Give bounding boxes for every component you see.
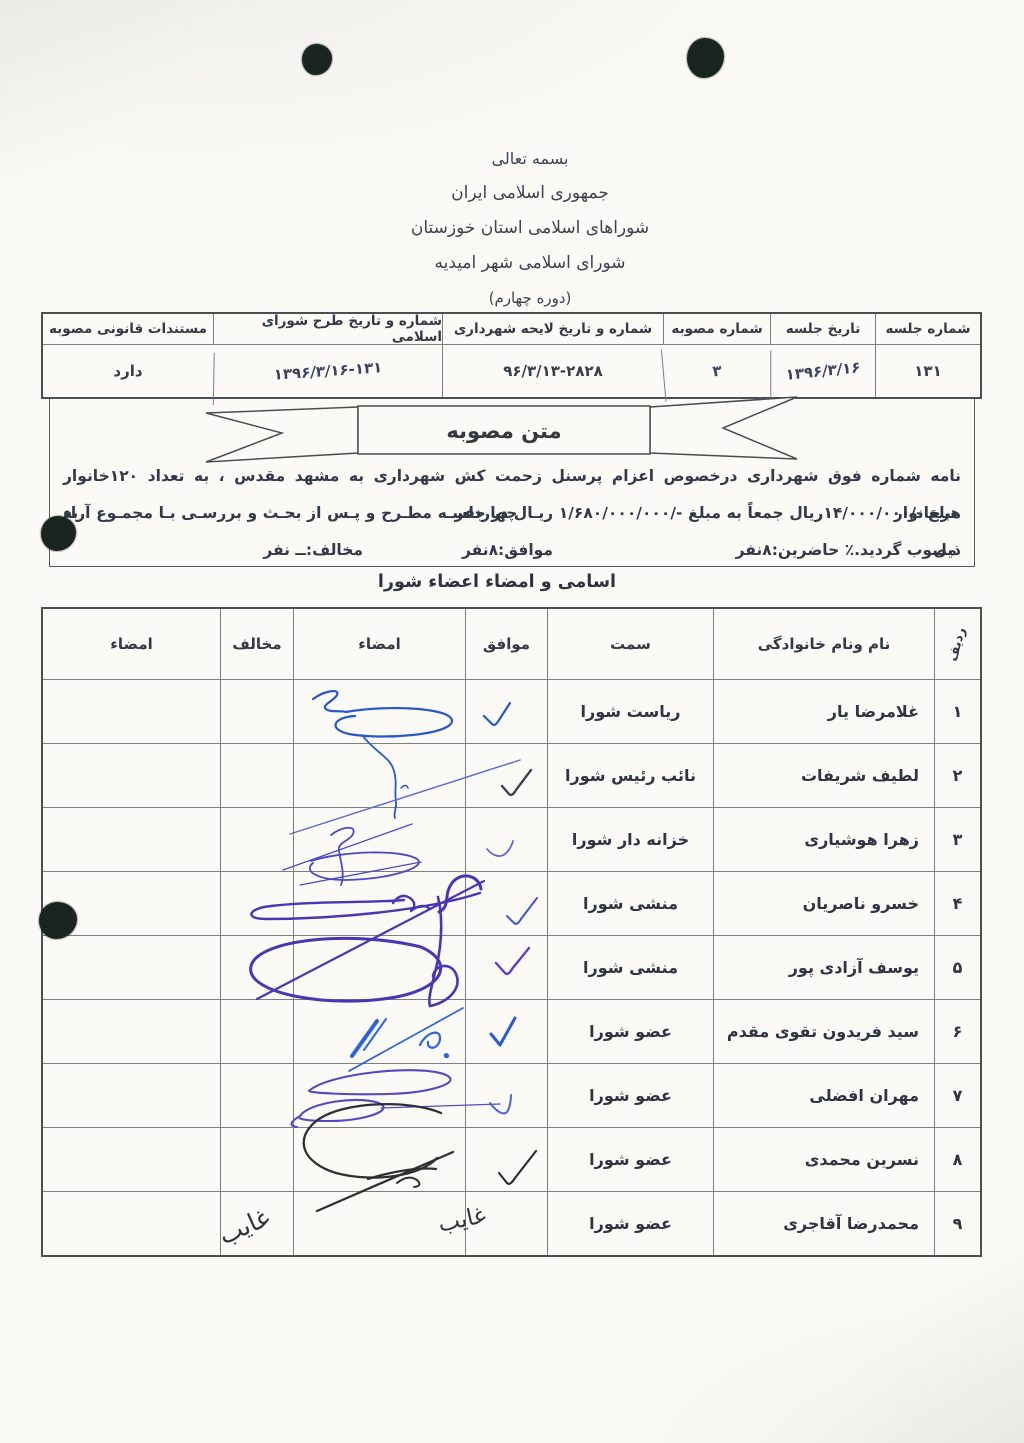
row-no: ۷ [934, 1063, 980, 1127]
agree-count: موافق:۸نفر [462, 532, 553, 569]
signature-cell [293, 935, 465, 999]
members-table-title: اسامی و امضاء اعضاء شورا [0, 572, 994, 592]
banner-title: متن مصوبه [446, 419, 561, 443]
signature-cell [293, 1127, 465, 1191]
col-header-against: مخالف [220, 609, 293, 679]
col-header-row-no: ردیف [934, 609, 980, 679]
agree-cell [465, 807, 547, 871]
member-name: لطیف شریفات [713, 743, 934, 807]
signature-cell [293, 679, 465, 743]
member-position: منشی شورا [547, 871, 713, 935]
col-header-resolution-no: شماره مصوبه [663, 314, 770, 345]
row-no: ۱ [934, 679, 980, 743]
member-position: ریاست شورا [547, 679, 713, 743]
signature2-cell [43, 679, 220, 743]
member-name: محمدرضا آقاجری [713, 1191, 934, 1255]
session-info-table: شماره جلسه تاریخ جلسه شماره مصوبه شماره … [41, 312, 982, 399]
signature-cell [293, 1063, 465, 1127]
member-name: سید فریدون تقوی مقدم [713, 999, 934, 1063]
agree-cell [465, 999, 547, 1063]
ink-blot-top-left [302, 44, 332, 75]
against-cell [220, 1127, 293, 1191]
signature2-cell [43, 1191, 220, 1255]
against-count: مخالف:ــ نفر [263, 532, 363, 569]
agree-cell [465, 1127, 547, 1191]
approved-present-count: مصوب گردید.٪ حاضرین:۸نفر [736, 532, 957, 569]
member-position: عضو شورا [547, 1063, 713, 1127]
signature2-cell [43, 1127, 220, 1191]
member-name: خسرو ناصریان [713, 871, 934, 935]
signature2-cell [43, 935, 220, 999]
col-header-agree: موافق [465, 609, 547, 679]
member-name: یوسف آزادی پور [713, 935, 934, 999]
row-no: ۴ [934, 871, 980, 935]
agree-cell [465, 935, 547, 999]
against-cell [220, 1063, 293, 1127]
member-position: نائب رئیس شورا [547, 743, 713, 807]
member-name: نسرین محمدی [713, 1127, 934, 1191]
against-cell [220, 679, 293, 743]
signature-cell [293, 871, 465, 935]
signature-cell [293, 999, 465, 1063]
letterhead-line-term: (دوره چهارم) [36, 281, 1024, 316]
member-position: عضو شورا [547, 1127, 713, 1191]
signature-cell [293, 743, 465, 807]
members-signature-table: ردیف نام ونام خانوادگی سمت موافق امضاء م… [41, 607, 982, 1257]
against-cell [220, 807, 293, 871]
col-header-session-no: شماره جلسه [875, 314, 980, 345]
bill-no-date-value: ۹۶/۳/۱۳-۲۸۲۸ [442, 345, 663, 397]
col-header-legal-docs: مستندات قانونی مصوبه [43, 314, 213, 345]
resolution-banner-ribbon: متن مصوبه [190, 392, 810, 466]
against-cell [220, 935, 293, 999]
scanned-document-page: بسمه تعالی جمهوری اسلامی ایران شوراهای ا… [0, 0, 1024, 1443]
col-header-signature: امضاء [293, 609, 465, 679]
row-no: ۹ [934, 1191, 980, 1255]
letterhead-line-basmala: بسمه تعالی [36, 141, 1024, 176]
row-no: ۵ [934, 935, 980, 999]
signature2-cell [43, 1063, 220, 1127]
agree-cell [465, 1063, 547, 1127]
signature2-cell [43, 807, 220, 871]
session-no-value: ۱۳۱ [875, 345, 980, 397]
ribbon-left-tail [206, 407, 358, 462]
member-position: عضو شورا [547, 1191, 713, 1255]
signature2-cell [43, 743, 220, 807]
agree-cell [465, 871, 547, 935]
resolution-vote-line: مصوب گردید.٪ حاضرین:۸نفر موافق:۸نفر مخال… [63, 532, 961, 569]
row-no: ۲ [934, 743, 980, 807]
signature2-cell [43, 999, 220, 1063]
member-position: منشی شورا [547, 935, 713, 999]
letterhead-line-republic: جمهوری اسلامی ایران [36, 176, 1024, 211]
ribbon-right-tail [650, 397, 797, 459]
col-header-signature-2: امضاء [43, 609, 220, 679]
member-name: غلامرضا یار [713, 679, 934, 743]
signature-cell [293, 807, 465, 871]
member-name: مهران افضلی [713, 1063, 934, 1127]
letterhead-line-city-council: شورای اسلامی شهر امیدیه [36, 246, 1024, 281]
col-header-position: سمت [547, 609, 713, 679]
against-cell [220, 871, 293, 935]
legal-docs-value: دارد [43, 345, 213, 397]
letterhead-line-province-councils: شوراهای اسلامی استان خوزستان [36, 211, 1024, 246]
ink-blot-top-right [687, 38, 724, 78]
row-no: ۸ [934, 1127, 980, 1191]
row-no: ۶ [934, 999, 980, 1063]
member-name: زهرا هوشیاری [713, 807, 934, 871]
col-header-name: نام ونام خانوادگی [713, 609, 934, 679]
col-header-bill-no-date: شماره و تاریخ لایحه شهرداری [442, 314, 663, 345]
against-cell [220, 999, 293, 1063]
member-position: عضو شورا [547, 999, 713, 1063]
letterhead: بسمه تعالی جمهوری اسلامی ایران شوراهای ا… [36, 141, 1024, 316]
agree-cell [465, 679, 547, 743]
agree-cell [465, 743, 547, 807]
row-no: ۳ [934, 807, 980, 871]
against-cell [220, 743, 293, 807]
member-position: خزانه دار شورا [547, 807, 713, 871]
